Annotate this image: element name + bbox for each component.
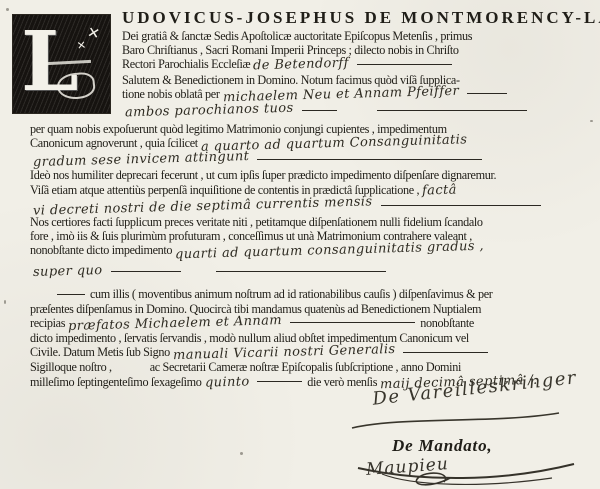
flourish-dash xyxy=(377,110,527,111)
document-line: cum illis ( moventibus animum noſtrum ad… xyxy=(30,287,586,301)
document-line: dicto impedimento , ſervatis ſervandis ,… xyxy=(30,331,586,345)
handwritten-text: de Betendorff xyxy=(253,57,349,74)
flourish-dash xyxy=(111,271,181,272)
document-line: gradum sese invicem attingunt xyxy=(30,151,586,168)
flourish-dash xyxy=(302,110,337,111)
printed-text: Dei gratiâ & ſanctæ Sedis Apoſtolicæ auc… xyxy=(122,29,472,43)
printed-text: nonobſtante dicto impedimento xyxy=(30,243,172,257)
document-line: Ideò nos humiliter deprecari fecerunt , … xyxy=(30,168,586,182)
ink-speck xyxy=(6,8,9,11)
document-line: per quam nobis expoſuerunt quòd legitimo… xyxy=(30,122,586,136)
flourish-dash xyxy=(290,322,415,323)
document-line: recipiaspræfatos Michaelem et Annamnonob… xyxy=(30,316,586,331)
document-line: Sigilloque noſtro ,ac Secretarii Cameræ … xyxy=(30,360,586,374)
printed-text: Canonicum agnoverunt , quia ſcilicet xyxy=(30,136,198,150)
cross-ornament-icon: ✕ xyxy=(86,26,101,43)
printed-text: Baro Chriſtianus , Sacri Romani Imperii … xyxy=(122,43,459,57)
decorated-initial-woodcut: L ✕ ✕ xyxy=(13,15,110,113)
handwritten-text: quarti ad quartum consanguinitatis gradu… xyxy=(175,240,484,263)
printed-text: tione nobis oblatâ per xyxy=(122,87,220,101)
printed-text: Sigilloque noſtro , xyxy=(30,360,112,374)
printed-text: recipias xyxy=(30,316,65,330)
ink-speck xyxy=(590,120,593,122)
document-line: super quo xyxy=(30,263,586,280)
flourish-dash xyxy=(57,294,85,295)
document-line: Salutem & Benedictionem in Domino. Notum… xyxy=(122,73,586,87)
document-line: nonobſtante dicto impedimentoquarti ad q… xyxy=(30,243,586,258)
printed-text: Civile. Datum Metis ſub Signo xyxy=(30,345,170,359)
intro-lines: Dei gratiâ & ſanctæ Sedis Apoſtolicæ auc… xyxy=(122,29,586,119)
document-scan: L ✕ ✕ UDOVICUS-JOSEPHUS DE MONTMORENCY-L… xyxy=(0,0,600,489)
document-heading: UDOVICUS-JOSEPHUS DE MONTMORENCY-LAVAL, xyxy=(122,8,586,28)
flourish-dash xyxy=(216,271,386,272)
signature-underline-flourish xyxy=(348,408,563,434)
flourish-dash xyxy=(357,64,452,65)
document-line: Baro Chriſtianus , Sacri Romani Imperii … xyxy=(122,43,586,57)
printed-text: Ideò nos humiliter deprecari fecerunt , … xyxy=(30,168,496,182)
cross-ornament-icon: ✕ xyxy=(76,38,87,54)
document-line: Civile. Datum Metis ſub Signomanuali Vic… xyxy=(30,345,586,360)
handwritten-text: super quo xyxy=(33,262,103,281)
printed-text: Rectori Parochialis Eccleſiæ xyxy=(122,57,250,71)
flourish-dash xyxy=(381,205,541,206)
flourish-dash xyxy=(257,381,302,382)
document-line: vi decreti nostri de die septimâ current… xyxy=(30,198,586,215)
document-line: ambos parochianos tuos xyxy=(122,102,586,119)
flourish-dash xyxy=(403,352,488,353)
handwritten-text: quinto xyxy=(204,375,249,390)
document-line: Canonicum agnoverunt , quia ſciliceta qu… xyxy=(30,136,586,151)
document-line: Dei gratiâ & ſanctæ Sedis Apoſtolicæ auc… xyxy=(122,29,586,43)
flourish-dash xyxy=(467,93,507,94)
printed-text: milleſimo ſeptingenteſimo ſexageſimo xyxy=(30,375,202,389)
printed-text: die verò menſis xyxy=(307,375,377,389)
handwritten-text: factâ xyxy=(422,183,457,198)
ink-speck xyxy=(240,452,243,455)
printed-text: cum illis ( moventibus animum noſtrum ad… xyxy=(90,287,492,301)
document-line: tione nobis oblatâ permichaelem Neu et A… xyxy=(122,87,586,102)
printed-text: nonobſtante xyxy=(420,316,474,330)
document-line: fore , imò iis & ſuis plurimùm profutura… xyxy=(30,229,586,243)
signature-flourish xyxy=(352,452,580,488)
body-lines: per quam nobis expoſuerunt quòd legitimo… xyxy=(30,122,586,390)
document-line: Rectori Parochialis Eccleſiæde Betendorf… xyxy=(122,57,586,72)
document-line: præſentes diſpenſamus in Domino. Quocirc… xyxy=(30,302,586,316)
handwritten-text: ambos parochianos tuos xyxy=(125,101,294,122)
ink-speck xyxy=(4,300,6,304)
flourish-dash xyxy=(257,159,482,160)
